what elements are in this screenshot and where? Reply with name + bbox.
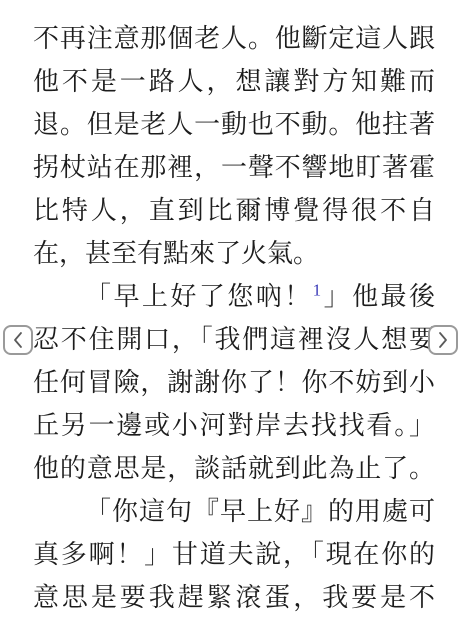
chevron-right-icon (437, 331, 449, 349)
text-line: 他的意思是，談話就到此為止了。 (33, 447, 435, 490)
text-line: 在，甚至有點來了火氣。 (33, 232, 435, 275)
next-page-button[interactable] (428, 325, 458, 355)
text-line: 「你這句『早上好』的用處可 (33, 490, 435, 533)
text-line: 丘另一邊或小河對岸去找找看。」 (33, 404, 435, 447)
text-segment: 「早上好了您吶！ (85, 282, 313, 311)
text-line: 退。但是老人一動也不動。他拄著 (33, 103, 435, 146)
text-line: 真多啊！」甘道夫說，「現在你的 (33, 533, 435, 576)
prev-page-button[interactable] (3, 325, 33, 355)
text-line: 任何冒險，謝謝你了！你不妨到小 (33, 361, 435, 404)
text-line: 他不是一路人，想讓對方知難而 (33, 60, 435, 103)
text-line: 拐杖站在那裡，一聲不響地盯著霍 (33, 146, 435, 189)
text-line: 意思是要我趕緊滾蛋，我要是不 (33, 576, 435, 619)
text-line: 不再注意那個老人。他斷定這人跟 (33, 17, 435, 60)
text-line: 忍不住開口，「我們這裡沒人想要 (33, 318, 435, 361)
footnote-ref-link[interactable]: 1 (313, 280, 322, 299)
text-line: 比特人，直到比爾博覺得很不自 (33, 189, 435, 232)
chevron-left-icon (12, 331, 24, 349)
page-text: 不再注意那個老人。他斷定這人跟 他不是一路人，想讓對方知難而 退。但是老人一動也… (33, 17, 435, 619)
book-page: 不再注意那個老人。他斷定這人跟 他不是一路人，想讓對方知難而 退。但是老人一動也… (0, 0, 463, 640)
text-line: 「早上好了您吶！1」他最後 (33, 275, 435, 318)
text-segment: 」他最後 (321, 282, 435, 311)
